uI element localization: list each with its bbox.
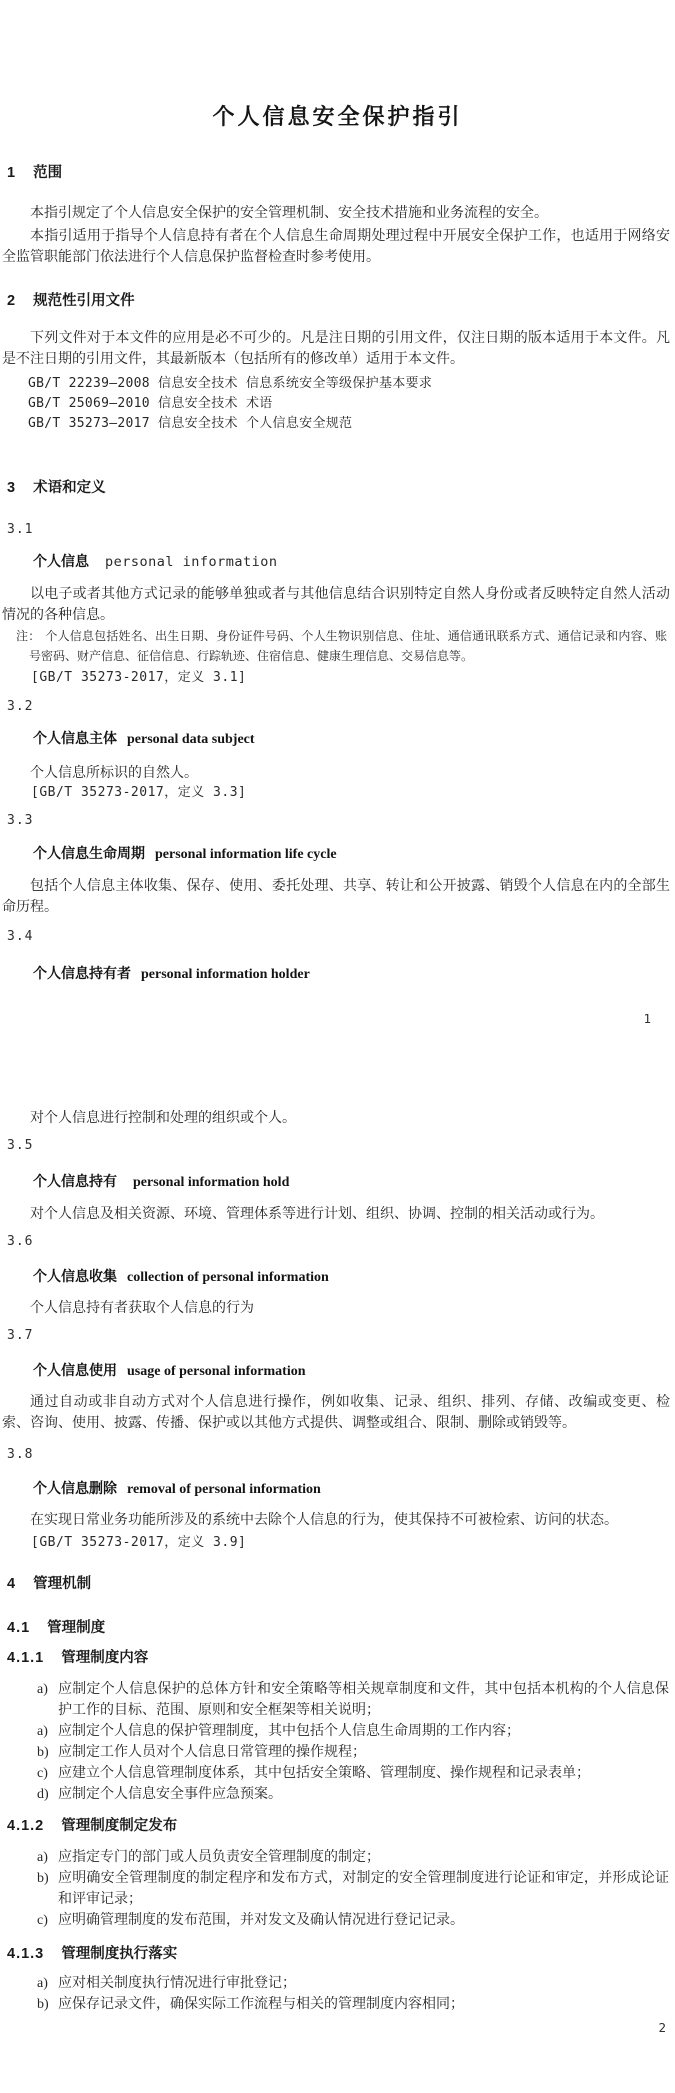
list-item-text: 应明确安全管理制度的制定程序和发布方式，对制定的安全管理制度进行论证和审定，并形… <box>58 1868 669 1910</box>
list-item-label: d) <box>37 1784 58 1805</box>
term-en: removal of personal information <box>127 1482 321 1497</box>
paragraph: 下列文件对于本文件的应用是必不可少的。凡是注日期的引用文件，仅注日期的版本适用于… <box>2 328 670 370</box>
section-title: 管理制度 <box>47 1616 105 1637</box>
section-4-1-heading: 4.1 管理制度 <box>7 1616 670 1637</box>
list-item: a) 应制定个人信息保护的总体方针和安全策略等相关规章制度和文件，其中包括本机构… <box>37 1679 669 1721</box>
term-number: 3.6 <box>7 1234 670 1249</box>
section-title: 规范性引用文件 <box>33 289 135 310</box>
list-item-label: b) <box>37 1994 58 2015</box>
list-item-text: 应制定工作人员对个人信息日常管理的操作规程； <box>58 1742 669 1763</box>
page-number-2: 2 <box>658 2020 666 2035</box>
section-3-heading: 3 术语和定义 <box>7 476 670 497</box>
section-number: 3 <box>7 480 16 496</box>
source-ref: [GB/T 35273-2017，定义 3.3] <box>31 781 670 800</box>
section-title: 管理机制 <box>33 1572 91 1593</box>
list-item-label: a) <box>37 1679 58 1721</box>
reference-line: GB/T 22239—2008 信息安全技术 信息系统安全等级保护基本要求 <box>28 374 670 394</box>
term-number: 3.7 <box>7 1328 670 1343</box>
term-heading: 个人信息personal information <box>33 551 670 571</box>
list-item-text: 应指定专门的部门或人员负责安全管理制度的制定； <box>58 1847 669 1868</box>
term-en: usage of personal information <box>127 1364 306 1379</box>
list-item: a) 应制定个人信息的保护管理制度，其中包括个人信息生命周期的工作内容； <box>37 1721 669 1742</box>
doc-title: 个人信息安全保护指引 <box>0 100 675 131</box>
term-definition: 对个人信息进行控制和处理的组织或个人。 <box>2 1108 670 1129</box>
term-en: personal data subject <box>127 732 255 747</box>
section-number: 4.1.3 <box>7 1946 44 1962</box>
section-number: 2 <box>7 293 16 309</box>
term-definition: 通过自动或非自动方式对个人信息进行操作，例如收集、记录、组织、排列、存储、改编或… <box>2 1392 670 1434</box>
paragraph: 本指引适用于指导个人信息持有者在个人信息生命周期处理过程中开展安全保护工作，也适… <box>2 226 670 268</box>
reference-line: GB/T 25069—2010 信息安全技术 术语 <box>28 394 670 414</box>
lettered-list: a) 应指定专门的部门或人员负责安全管理制度的制定； b) 应明确安全管理制度的… <box>37 1847 669 1931</box>
list-item-text: 应制定个人信息保护的总体方针和安全策略等相关规章制度和文件，其中包括本机构的个人… <box>58 1679 669 1721</box>
lettered-list: a) 应对相关制度执行情况进行审批登记； b) 应保存记录文件，确保实际工作流程… <box>37 1973 669 2015</box>
list-item-text: 应对相关制度执行情况进行审批登记； <box>58 1973 669 1994</box>
lettered-list: a) 应制定个人信息保护的总体方针和安全策略等相关规章制度和文件，其中包括本机构… <box>37 1679 669 1805</box>
section-number: 1 <box>7 165 16 181</box>
list-item-label: b) <box>37 1868 58 1910</box>
list-item: a) 应指定专门的部门或人员负责安全管理制度的制定； <box>37 1847 669 1868</box>
term-heading: 个人信息持有者personal information holder <box>33 963 670 983</box>
section-number: 4.1 <box>7 1620 30 1636</box>
section-number: 4.1.1 <box>7 1650 44 1666</box>
list-item-label: b) <box>37 1742 58 1763</box>
term-en: personal information life cycle <box>155 847 337 862</box>
list-item: b) 应制定工作人员对个人信息日常管理的操作规程； <box>37 1742 669 1763</box>
list-item: b) 应明确安全管理制度的制定程序和发布方式，对制定的安全管理制度进行论证和审定… <box>37 1868 669 1910</box>
term-heading: 个人信息使用usage of personal information <box>33 1360 670 1380</box>
term-definition: 包括个人信息主体收集、保存、使用、委托处理、共享、转让和公开披露、销毁个人信息在… <box>2 876 670 918</box>
section-4-1-2-heading: 4.1.2 管理制度制定发布 <box>7 1814 670 1835</box>
term-zh: 个人信息持有者 <box>33 965 131 981</box>
source-ref: [GB/T 35273-2017，定义 3.1] <box>31 666 670 685</box>
page-number-1: 1 <box>643 1011 651 1026</box>
note-label: 注： <box>16 629 40 643</box>
term-definition: 对个人信息及相关资源、环境、管理体系等进行计划、组织、协调、控制的相关活动或行为… <box>2 1204 670 1225</box>
term-heading: 个人信息删除removal of personal information <box>33 1478 670 1498</box>
section-title: 管理制度内容 <box>61 1646 148 1667</box>
term-zh: 个人信息删除 <box>33 1480 117 1496</box>
term-heading: 个人信息生命周期personal information life cycle <box>33 843 670 863</box>
source-ref: [GB/T 35273-2017，定义 3.9] <box>31 1531 670 1550</box>
term-zh: 个人信息收集 <box>33 1268 117 1284</box>
list-item-label: c) <box>37 1763 58 1784</box>
section-4-1-1-heading: 4.1.1 管理制度内容 <box>7 1646 670 1667</box>
term-number: 3.4 <box>7 929 670 944</box>
term-zh: 个人信息主体 <box>33 730 117 746</box>
document-page: 个人信息安全保护指引 1 范围 本指引规定了个人信息安全保护的安全管理机制、安全… <box>0 0 675 2093</box>
list-item-label: c) <box>37 1910 58 1931</box>
term-en: personal information holder <box>141 967 310 982</box>
section-number: 4.1.2 <box>7 1818 44 1834</box>
normative-references: GB/T 22239—2008 信息安全技术 信息系统安全等级保护基本要求 GB… <box>28 374 670 434</box>
section-2-heading: 2 规范性引用文件 <box>7 289 670 310</box>
term-definition: 个人信息持有者获取个人信息的行为 <box>2 1298 670 1319</box>
term-heading: 个人信息持有personal information hold <box>33 1171 670 1191</box>
list-item-text: 应明确管理制度的发布范围，并对发文及确认情况进行登记记录。 <box>58 1910 669 1931</box>
term-note: 注：个人信息包括姓名、出生日期、身份证件号码、个人生物识别信息、住址、通信通讯联… <box>2 626 667 666</box>
term-heading: 个人信息主体personal data subject <box>33 728 670 748</box>
term-definition: 在实现日常业务功能所涉及的系统中去除个人信息的行为，使其保持不可被检索、访问的状… <box>2 1510 670 1531</box>
section-title: 术语和定义 <box>33 476 106 497</box>
term-heading: 个人信息收集collection of personal information <box>33 1266 670 1286</box>
term-number: 3.1 <box>7 522 670 537</box>
section-title: 范围 <box>33 161 62 182</box>
list-item-label: a) <box>37 1847 58 1868</box>
term-number: 3.3 <box>7 813 670 828</box>
section-1-heading: 1 范围 <box>7 161 670 182</box>
list-item: c) 应建立个人信息管理制度体系，其中包括安全策略、管理制度、操作规程和记录表单… <box>37 1763 669 1784</box>
list-item: b) 应保存记录文件，确保实际工作流程与相关的管理制度内容相同； <box>37 1994 669 2015</box>
list-item-label: a) <box>37 1721 58 1742</box>
list-item: d) 应制定个人信息安全事件应急预案。 <box>37 1784 669 1805</box>
list-item-text: 应建立个人信息管理制度体系，其中包括安全策略、管理制度、操作规程和记录表单； <box>58 1763 669 1784</box>
note-text: 个人信息包括姓名、出生日期、身份证件号码、个人生物识别信息、住址、通信通讯联系方… <box>29 629 667 663</box>
list-item: c) 应明确管理制度的发布范围，并对发文及确认情况进行登记记录。 <box>37 1910 669 1931</box>
term-en: personal information hold <box>133 1175 289 1190</box>
list-item-label: a) <box>37 1973 58 1994</box>
term-en: personal information <box>105 554 278 570</box>
term-zh: 个人信息使用 <box>33 1362 117 1378</box>
term-zh: 个人信息生命周期 <box>33 845 145 861</box>
section-number: 4 <box>7 1576 16 1592</box>
section-4-heading: 4 管理机制 <box>7 1572 670 1593</box>
term-number: 3.5 <box>7 1138 670 1153</box>
list-item-text: 应制定个人信息安全事件应急预案。 <box>58 1784 669 1805</box>
section-title: 管理制度执行落实 <box>61 1942 177 1963</box>
term-definition: 以电子或者其他方式记录的能够单独或者与其他信息结合识别特定自然人身份或者反映特定… <box>2 584 670 626</box>
term-zh: 个人信息 <box>33 553 89 569</box>
list-item-text: 应制定个人信息的保护管理制度，其中包括个人信息生命周期的工作内容； <box>58 1721 669 1742</box>
reference-line: GB/T 35273—2017 信息安全技术 个人信息安全规范 <box>28 414 670 434</box>
term-en: collection of personal information <box>127 1270 329 1285</box>
term-number: 3.2 <box>7 699 670 714</box>
paragraph: 本指引规定了个人信息安全保护的安全管理机制、安全技术措施和业务流程的安全。 <box>2 203 670 224</box>
term-zh: 个人信息持有 <box>33 1173 117 1189</box>
section-4-1-3-heading: 4.1.3 管理制度执行落实 <box>7 1942 670 1963</box>
section-title: 管理制度制定发布 <box>61 1814 177 1835</box>
list-item: a) 应对相关制度执行情况进行审批登记； <box>37 1973 669 1994</box>
term-number: 3.8 <box>7 1447 670 1462</box>
list-item-text: 应保存记录文件，确保实际工作流程与相关的管理制度内容相同； <box>58 1994 669 2015</box>
